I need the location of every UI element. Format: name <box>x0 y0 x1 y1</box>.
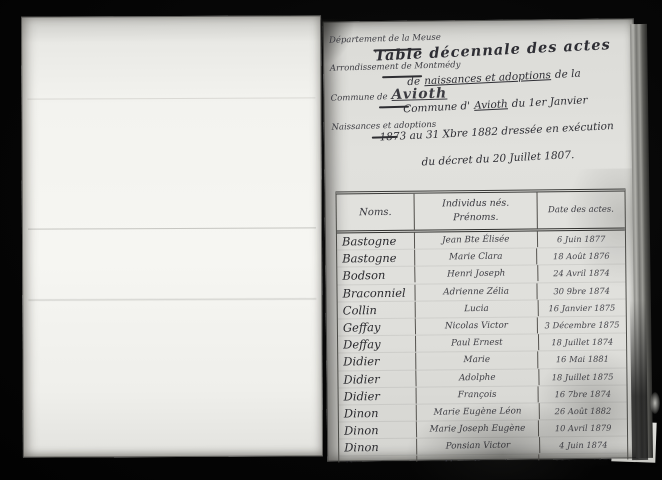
prenoms-cell: Marie <box>416 352 539 369</box>
stacked-page-edges-shadow <box>630 300 648 460</box>
records-table: Noms. Individus nés. Prénoms. Date des a… <box>335 188 628 462</box>
prenoms-cell: Nicolas Victor <box>416 317 539 334</box>
name-cell: Bastogne <box>337 233 415 250</box>
name-cell: Didier <box>339 387 417 404</box>
decennial-table-title: Table décennale des actes denaissances e… <box>358 35 632 186</box>
prenoms-cell: Paul Ernest <box>416 334 539 352</box>
column-header-individus: Individus nés. Prénoms. <box>415 192 538 229</box>
date-cell: 16 7bre 1874 <box>539 385 627 402</box>
name-cell: Dinon <box>339 405 417 422</box>
date-cell: 26 Août 1882 <box>539 402 627 419</box>
date-cell: 10 Avril 1879 <box>539 420 627 437</box>
name-cell: Bastogne <box>337 250 415 267</box>
prenoms-cell: Marie Joseph Eugène <box>417 420 540 437</box>
date-cell: 30 9bre 1874 <box>538 282 626 299</box>
prenoms-cell: Henri Joseph <box>415 265 538 283</box>
scanned-register-spread: Département de la Meuse Arrondissement d… <box>0 0 662 480</box>
name-cell: Didier <box>338 370 416 388</box>
title-line-4: 1873 au 31 Xbre 1882 dressée en exécutio… <box>363 119 631 144</box>
prenoms-cell: Lucia <box>415 300 538 318</box>
prenoms-cell: Adrienne Zélia <box>415 283 538 300</box>
name-cell: Dinon <box>339 439 417 456</box>
table-header-row: Noms. Individus nés. Prénoms. Date des a… <box>337 191 625 233</box>
page-crease <box>28 227 316 229</box>
date-cell: 24 Avril 1874 <box>538 265 626 282</box>
left-blank-page <box>21 15 323 457</box>
name-cell: Dinon <box>339 456 417 462</box>
prenoms-cell: Marie François <box>417 455 540 463</box>
date-cell: 3 Décembre 1875 <box>538 316 626 333</box>
prenoms-cell: Marie Eugène Léon <box>416 403 539 421</box>
prenoms-cell: Marie Clara <box>415 249 538 266</box>
name-cell: Bodson <box>337 267 415 285</box>
date-cell: 16 Janvier 1875 <box>538 299 626 316</box>
page-crease <box>28 298 316 300</box>
name-cell: Geffay <box>338 318 416 336</box>
name-cell: Dinon <box>339 421 417 439</box>
date-cell: 18 Juillet 1874 <box>538 334 626 351</box>
title-line-3: Commune d'Aviothdu 1er Janvier <box>361 92 629 117</box>
prenoms-cell: François <box>416 386 539 403</box>
name-cell: Deffay <box>338 336 416 353</box>
prenoms-cell: Jean Bte Élisée <box>415 231 538 249</box>
page-edge-highlight <box>650 392 660 414</box>
date-cell: 18 Juillet 1875 <box>539 368 627 385</box>
individus-nes-label: Individus nés. <box>442 196 509 211</box>
column-header-dates: Date des actes. <box>537 191 625 228</box>
title-line-5: du décret du 20 Juillet 1807. <box>364 146 632 171</box>
page-crease <box>27 97 315 99</box>
register-page: Département de la Meuse Arrondissement d… <box>323 18 639 461</box>
prenoms-cell: Ponsian Victor <box>417 437 540 455</box>
date-cell: 18 Août 1876 <box>537 248 625 265</box>
title-line-2: denaissances et adoptionsde la <box>360 65 628 90</box>
name-cell: Braconniel <box>337 284 415 301</box>
name-cell: Collin <box>338 301 416 318</box>
prenoms-cell: Adolphe <box>416 369 539 387</box>
table-body: Bastogne Jean Bte Élisée 6 Juin 1877 Bas… <box>337 230 628 462</box>
date-cell: 6 Juin 1877 <box>537 230 625 247</box>
column-header-noms: Noms. <box>337 194 416 231</box>
name-cell: Didier <box>338 353 416 370</box>
date-cell: 16 Mai 1881 <box>538 351 626 368</box>
date-cell: 4 Juin 1874 <box>539 437 627 454</box>
prenoms-label: Prénoms. <box>453 211 498 226</box>
